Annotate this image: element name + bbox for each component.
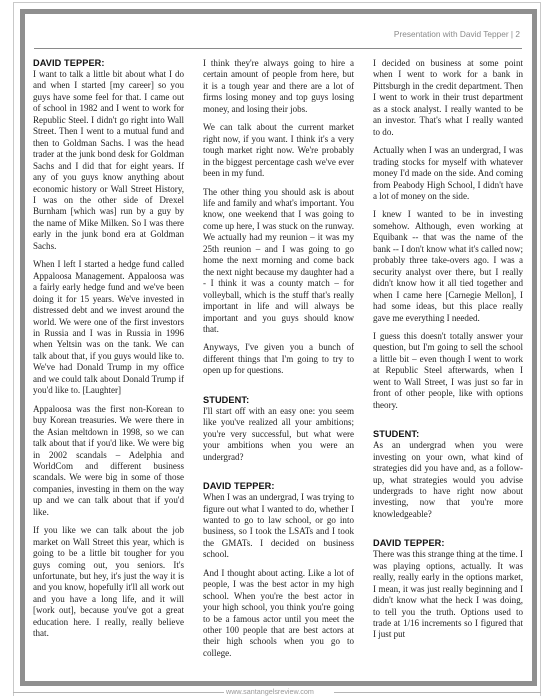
speaker-label: STUDENT:	[203, 395, 354, 406]
paragraph: And I thought about acting. Like a lot o…	[203, 568, 354, 660]
footer-rule-left	[13, 692, 224, 693]
paragraph: I guess this doesn't totally answer your…	[373, 331, 523, 411]
paragraph: Actually when I was an undergrad, I was …	[373, 145, 523, 202]
spacer	[203, 470, 354, 481]
page-header: Presentation with David Tepper | 2	[34, 24, 522, 49]
paragraph: Appaloosa was the first non-Korean to bu…	[33, 404, 184, 519]
speaker-label: DAVID TEPPER:	[33, 58, 184, 69]
paragraph: We can talk about the current market rig…	[203, 122, 354, 179]
footer-url: www.santangelsreview.com	[226, 687, 314, 696]
paragraph: I decided on business at some point when…	[373, 58, 523, 138]
text-column-2: I think they're always going to hire a c…	[203, 58, 354, 666]
text-column-1: DAVID TEPPER: I want to talk a little bi…	[33, 58, 184, 647]
speaker-label: DAVID TEPPER:	[373, 538, 523, 549]
spacer	[373, 527, 523, 538]
text-column-3: I decided on business at some point when…	[373, 58, 523, 648]
paragraph: As an undergrad when you were investing …	[373, 440, 523, 520]
paragraph: I'll start off with an easy one: you see…	[203, 406, 354, 463]
page-footer: www.santangelsreview.com	[0, 684, 556, 700]
paragraph: When I was an undergrad, I was trying to…	[203, 492, 354, 561]
spacer	[373, 418, 523, 429]
paragraph: I knew I wanted to be in investing someh…	[373, 209, 523, 324]
footer-rule-right	[334, 692, 541, 693]
paragraph: I think they're always going to hire a c…	[203, 58, 354, 115]
paragraph: There was this strange thing at the time…	[373, 549, 523, 641]
paragraph: I want to talk a little bit about what I…	[33, 69, 184, 252]
speaker-label: STUDENT:	[373, 429, 523, 440]
paragraph: If you like we can talk about the job ma…	[33, 525, 184, 640]
paragraph: Anyways, I've given you a bunch of diffe…	[203, 342, 354, 376]
paragraph: The other thing you should ask is about …	[203, 187, 354, 336]
spacer	[203, 384, 354, 395]
paragraph: When I left I started a hedge fund calle…	[33, 259, 184, 396]
speaker-label: DAVID TEPPER:	[203, 481, 354, 492]
header-title: Presentation with David Tepper | 2	[394, 29, 520, 39]
